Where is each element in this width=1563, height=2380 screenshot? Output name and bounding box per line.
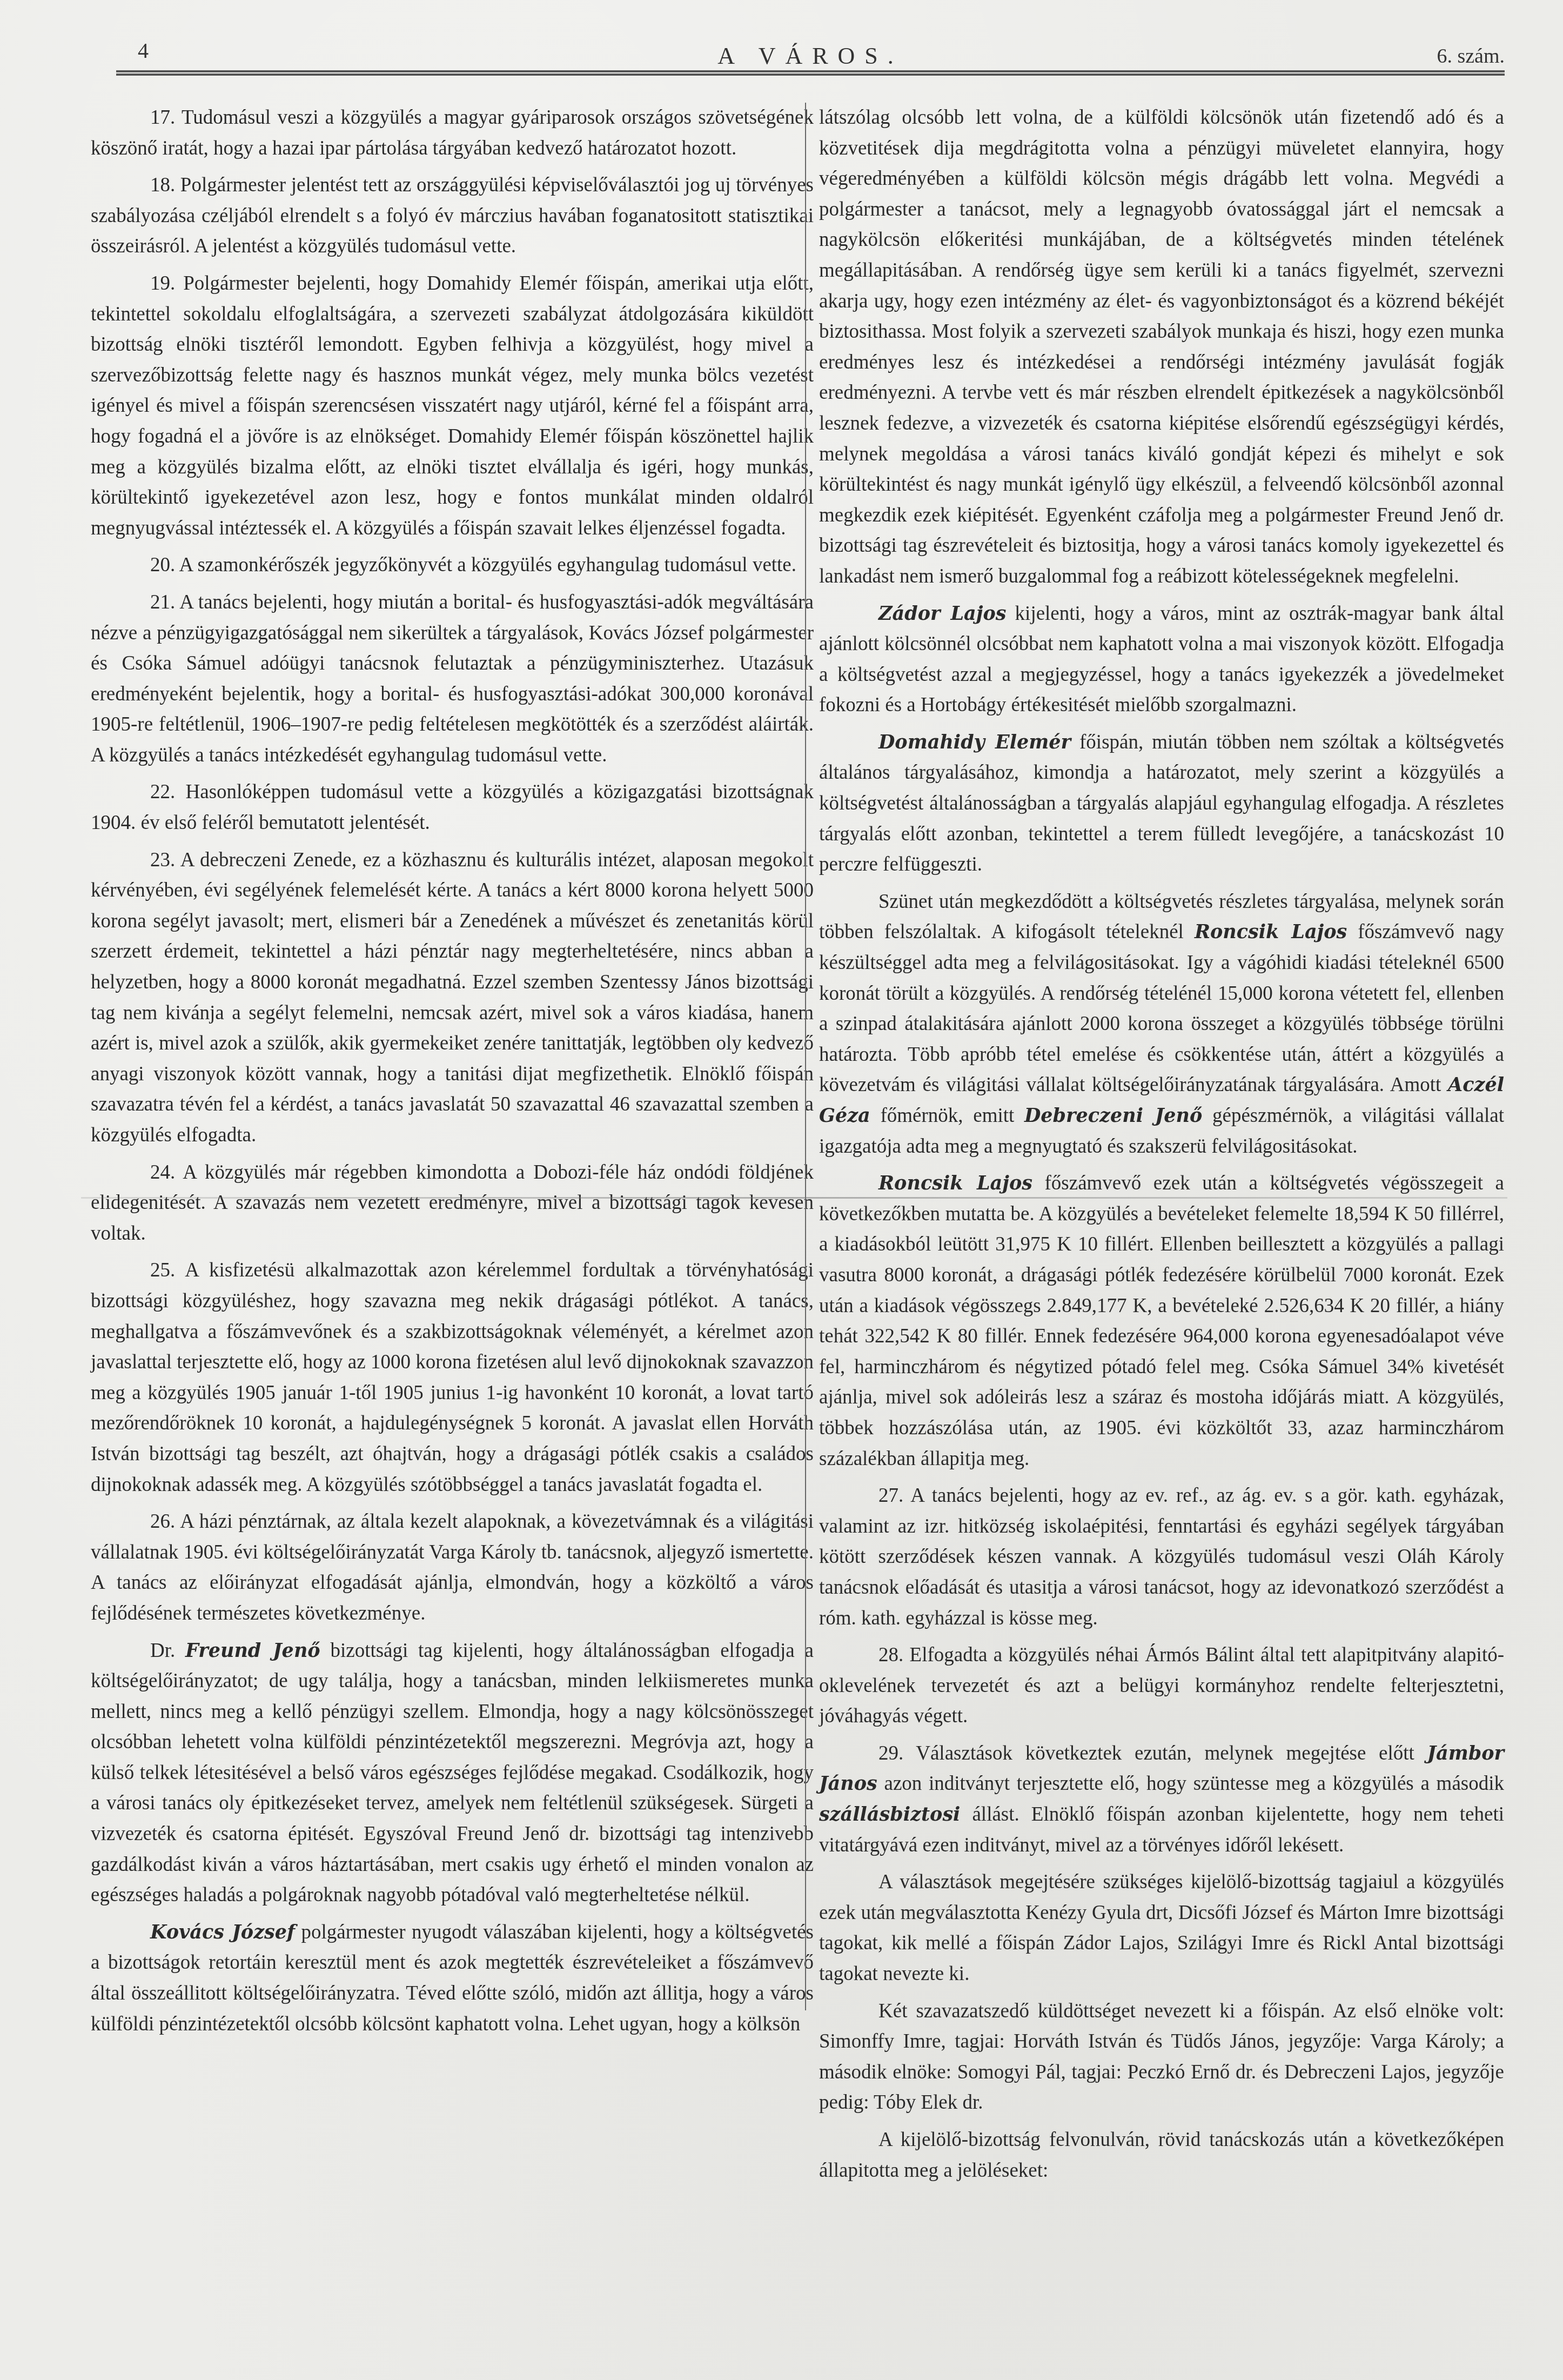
paragraph-19: 19. Polgármester bejelenti, hogy Domahid… [91, 269, 814, 544]
paragraph-kovacs: Kovács József polgármester nyugodt válas… [91, 1917, 814, 2040]
paragraph-24: 24. A közgyülés már régebben kimondotta … [91, 1158, 814, 1249]
person-name: Freund Jenő [185, 1640, 320, 1662]
paper-fold-crease [81, 1197, 1507, 1199]
emphasized-term: szállásbiztosi [819, 1803, 960, 1826]
person-name: Debreczeni Jenő [1024, 1105, 1202, 1127]
person-name: Zádor Lajos [878, 603, 1007, 625]
paragraph-20: 20. A szamonkérőszék jegyzőkönyvét a köz… [91, 550, 814, 581]
paragraph-zador: Zádor Lajos kijelenti, hogy a város, min… [819, 599, 1504, 721]
right-column: látszólag olcsóbb lett volna, de a külfö… [819, 103, 1504, 2192]
paragraph-25: 25. A kisfizetésü alkalmazottak azon kér… [91, 1255, 814, 1500]
paragraph-freund: Dr. Freund Jenő bizottsági tag kijelenti… [91, 1636, 814, 1911]
column-divider [805, 103, 806, 2010]
paragraph-22: 22. Hasonlóképpen tudomásul vette a közg… [91, 777, 814, 838]
person-name: Roncsik Lajos [1195, 921, 1347, 943]
paragraph-continued: látszólag olcsóbb lett volna, de a külfö… [819, 103, 1504, 592]
paragraph-26: 26. A házi pénztárnak, az általa kezelt … [91, 1507, 814, 1629]
left-column: 17. Tudomásul veszi a közgyülés a magyar… [91, 103, 814, 2046]
issue-number: 6. szám. [1437, 44, 1505, 68]
person-name: Roncsik Lajos [878, 1172, 1032, 1194]
person-name: Domahidy Elemér [878, 731, 1071, 753]
paragraph-ket-kuldottseg: Két szavazatszedő küldöttséget nevezett … [819, 1996, 1504, 2118]
paragraph-21: 21. A tanács bejelenti, hogy miután a bo… [91, 587, 814, 771]
header-double-rule [116, 70, 1505, 76]
paragraph-28: 28. Elfogadta a közgyülés néhai Ármós Bá… [819, 1640, 1504, 1732]
person-name: Kovács József [150, 1921, 295, 1943]
paragraph-szunet: Szünet után megkezdődött a költségvetés … [819, 887, 1504, 1162]
paragraph-27: 27. A tanács bejelenti, hogy az ev. ref.… [819, 1481, 1504, 1634]
paragraph-roncsik: Roncsik Lajos főszámvevő ezek után a köl… [819, 1168, 1504, 1474]
paragraph-23: 23. A debreczeni Zenede, ez a közhasznu … [91, 845, 814, 1151]
page-header: 4 A VÁROS. 6. szám. [116, 32, 1505, 65]
paragraph-kijelolo: A kijelölő-bizottság felvonulván, rövid … [819, 2125, 1504, 2186]
paragraph-valasztasok: A választások megejtésére szükséges kije… [819, 1867, 1504, 1989]
paragraph-18: 18. Polgármester jelentést tett az orszá… [91, 170, 814, 262]
paragraph-29: 29. Választások következtek ezután, mely… [819, 1739, 1504, 1861]
paragraph-domahidy: Domahidy Elemér főispán, miután többen n… [819, 727, 1504, 880]
newspaper-page: 4 A VÁROS. 6. szám. 17. Tudomásul veszi … [0, 0, 1563, 2380]
masthead-title: A VÁROS. [116, 42, 1505, 70]
paragraph-17: 17. Tudomásul veszi a közgyülés a magyar… [91, 103, 814, 164]
